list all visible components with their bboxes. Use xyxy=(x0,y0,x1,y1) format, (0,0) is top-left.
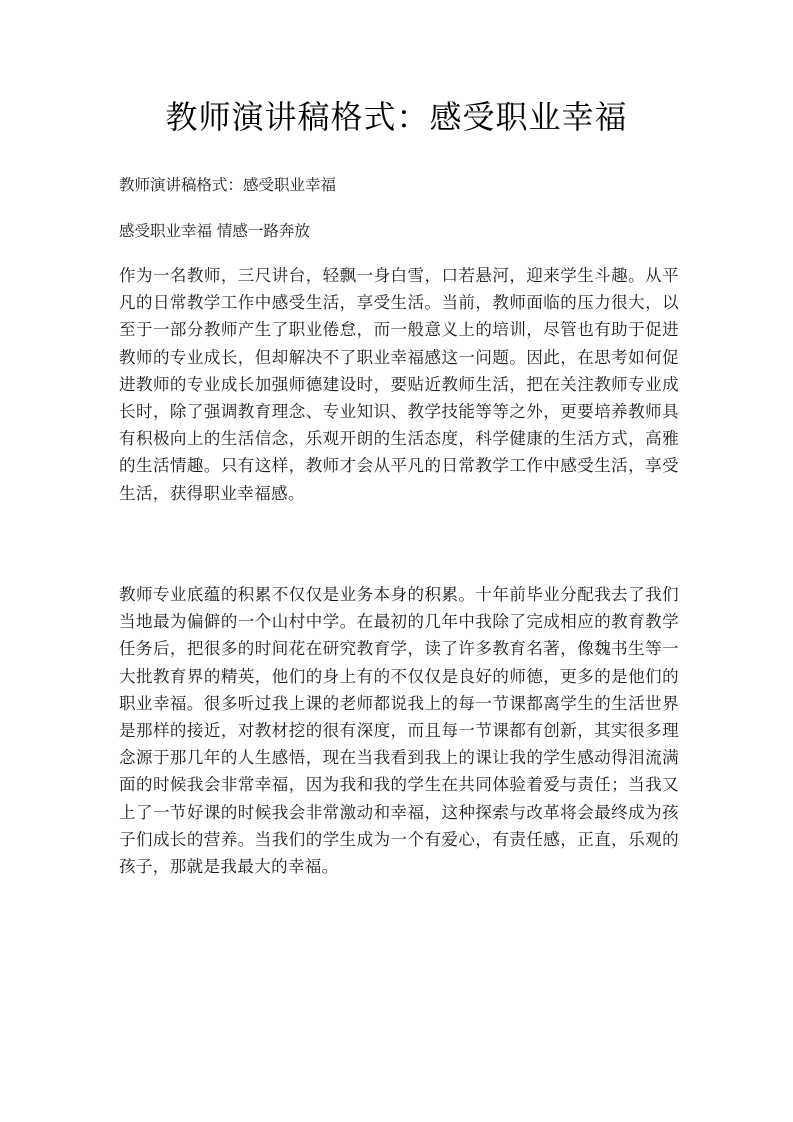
body-paragraph-2: 教师专业底蕴的积累不仅仅是业务本身的积累。十年前毕业分配我去了我们当地最为偏僻的… xyxy=(119,581,679,880)
document-subtitle-1: 教师演讲稿格式：感受职业幸福 xyxy=(119,175,679,195)
document-page: 教师演讲稿格式：感受职业幸福 教师演讲稿格式：感受职业幸福 感受职业幸福 情感一… xyxy=(0,0,793,1122)
body-paragraph-1: 作为一名教师，三尺讲台，轻飘一身白雪，口若悬河，迎来学生斗趣。从平凡的日常教学工… xyxy=(119,262,679,507)
document-title: 教师演讲稿格式：感受职业幸福 xyxy=(0,95,793,139)
document-subtitle-2: 感受职业幸福 情感一路奔放 xyxy=(119,221,679,241)
